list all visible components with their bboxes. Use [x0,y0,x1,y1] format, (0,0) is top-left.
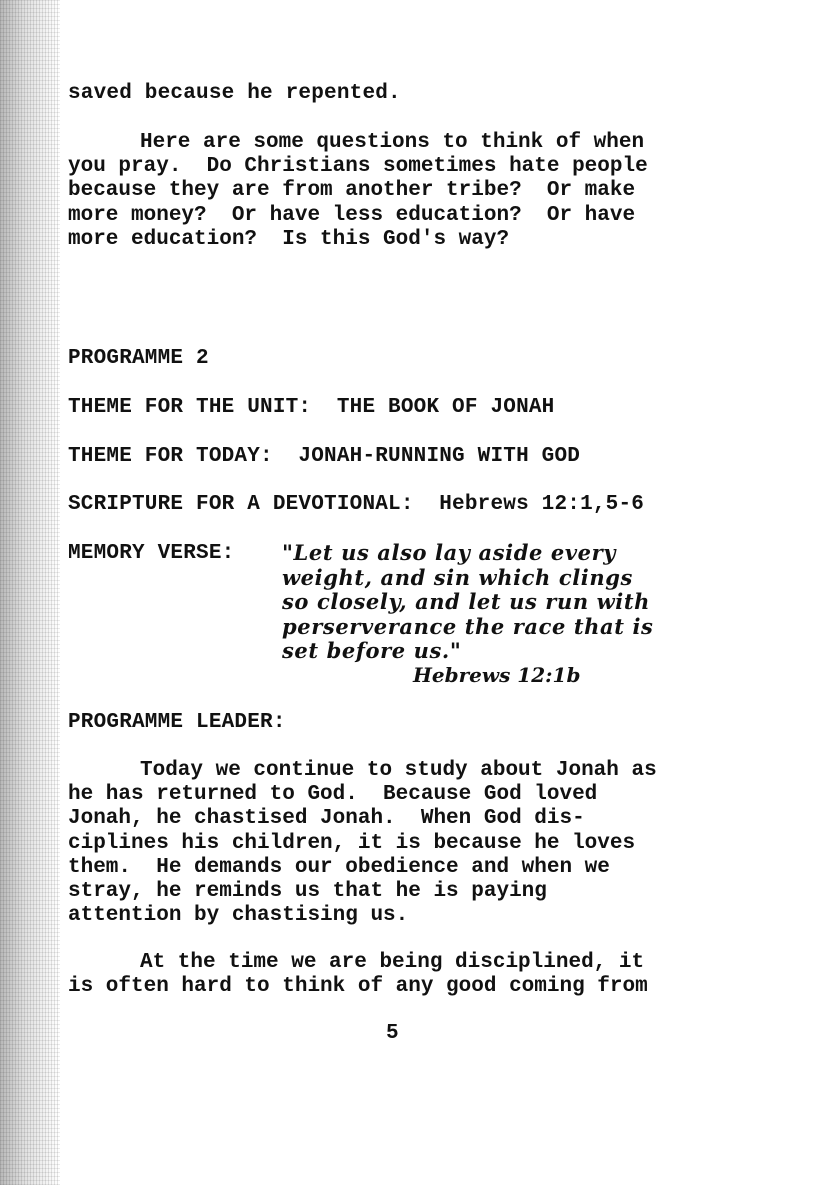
paragraph-line: you pray. Do Christians sometimes hate p… [68,155,748,179]
memory-verse-label: MEMORY VERSE: [68,542,234,566]
scripture-for-devotional: SCRIPTURE FOR A DEVOTIONAL: Hebrews 12:1… [68,493,644,517]
theme-for-today: THEME FOR TODAY: JONAH-RUNNING WITH GOD [68,445,580,469]
verse-line: set before us." [282,639,742,664]
paragraph-line: ciplines his children, it is because he … [68,832,748,856]
leader-paragraph: Today we continue to study about Jonah a… [68,759,748,928]
paragraph-line: Today we continue to study about Jonah a… [68,759,748,783]
theme-for-unit: THEME FOR THE UNIT: THE BOOK OF JONAH [68,396,554,420]
programme-leader-heading: PROGRAMME LEADER: [68,711,286,735]
paragraph-line: is often hard to think of any good comin… [68,975,748,999]
verse-line: weight, and sin which clings [282,566,742,591]
memory-verse-text: "Let us also lay aside every weight, and… [282,541,742,664]
memory-verse-reference: Hebrews 12:1b [413,663,580,687]
paragraph-line: Here are some questions to think of when [68,131,748,155]
paragraph-line: them. He demands our obedience and when … [68,856,748,880]
paragraph-line: he has returned to God. Because God love… [68,783,748,807]
paragraph-line: more money? Or have less education? Or h… [68,204,748,228]
paragraph-line: Jonah, he chastised Jonah. When God dis- [68,807,748,831]
page-number: 5 [386,1022,399,1045]
opening-line: saved because he repented. [68,82,401,106]
questions-paragraph: Here are some questions to think of when… [68,131,748,252]
paragraph-line: attention by chastising us. [68,904,748,928]
verse-line: "Let us also lay aside every [282,541,742,566]
scanned-page-edge [0,0,60,1185]
closing-paragraph: At the time we are being disciplined, it… [68,951,748,999]
verse-line: so closely, and let us run with [282,590,742,615]
paragraph-line: stray, he reminds us that he is paying [68,880,748,904]
programme-heading: PROGRAMME 2 [68,347,209,371]
paragraph-line: At the time we are being disciplined, it [68,951,748,975]
paragraph-line: because they are from another tribe? Or … [68,179,748,203]
paragraph-line: more education? Is this God's way? [68,228,748,252]
verse-line: perserverance the race that is [282,615,742,640]
